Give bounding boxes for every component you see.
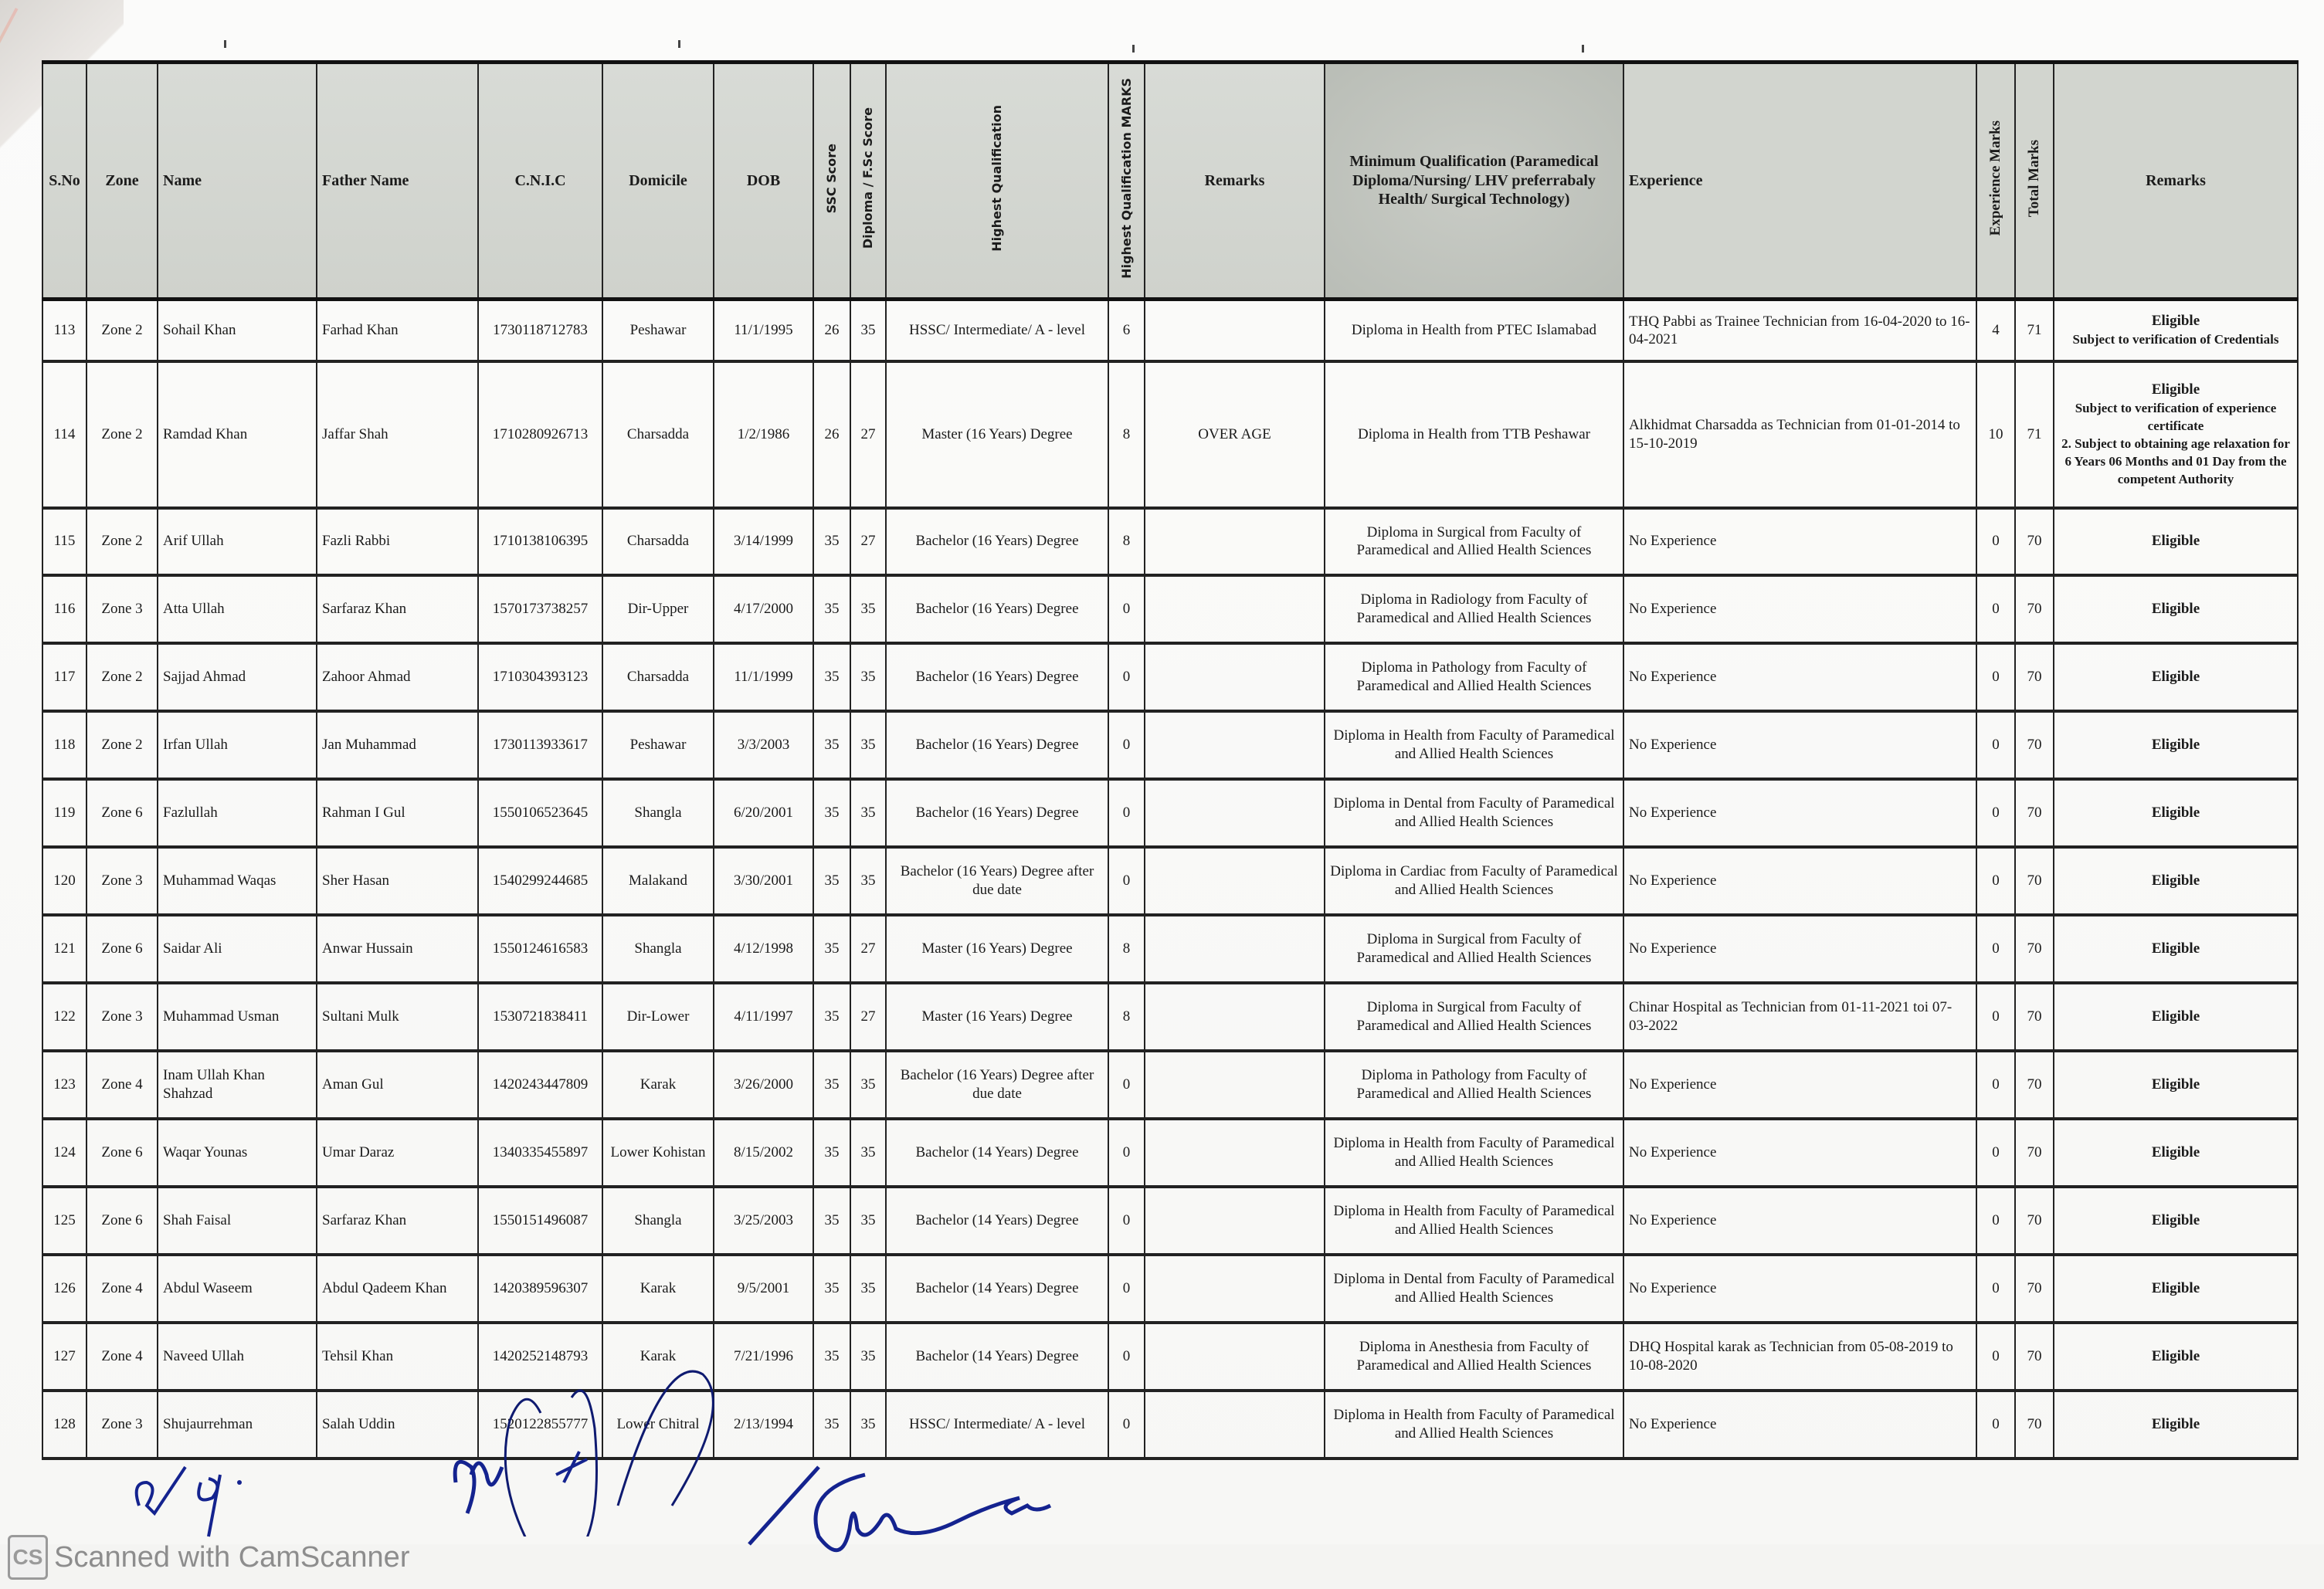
col-header-sno: S.No xyxy=(42,63,87,300)
cell-domicile: Karak xyxy=(602,1255,714,1323)
cell-father-name: Sarfaraz Khan xyxy=(317,1187,478,1255)
signature-1 xyxy=(124,1452,371,1544)
cell-domicile: Shangla xyxy=(602,1187,714,1255)
cell-experience: No Experience xyxy=(1623,779,1976,847)
cell-ssc-score: 35 xyxy=(813,915,850,983)
remark-line: Eligible xyxy=(2059,600,2292,618)
cell-zone: Zone 2 xyxy=(87,711,158,779)
cell-experience-marks: 0 xyxy=(1976,1187,2015,1255)
cell-highest-qualification: Bachelor (14 Years) Degree xyxy=(886,1187,1108,1255)
cell-experience-marks: 0 xyxy=(1976,779,2015,847)
cell-minimum-qualification: Diploma in Health from Faculty of Parame… xyxy=(1325,1119,1623,1187)
cell-final-remarks: Eligible xyxy=(2054,983,2298,1051)
cell-final-remarks: Eligible xyxy=(2054,643,2298,711)
cell-minimum-qualification: Diploma in Health from Faculty of Parame… xyxy=(1325,1187,1623,1255)
cell-remarks xyxy=(1145,1119,1325,1187)
cell-experience-marks: 0 xyxy=(1976,1391,2015,1459)
cell-minimum-qualification: Diploma in Pathology from Faculty of Par… xyxy=(1325,643,1623,711)
cell-highest-qualification: Master (16 Years) Degree xyxy=(886,915,1108,983)
col-header-diploma-score: Diploma / F.Sc Score xyxy=(850,63,886,300)
scan-speck xyxy=(224,40,226,48)
cell-diploma-score: 27 xyxy=(850,508,886,575)
cell-total-marks: 70 xyxy=(2015,643,2054,711)
cell-experience: Alkhidmat Charsadda as Technician from 0… xyxy=(1623,361,1976,508)
cell-remarks xyxy=(1145,300,1325,361)
cell-domicile: Malakand xyxy=(602,847,714,915)
cell-zone: Zone 2 xyxy=(87,508,158,575)
signature-3 xyxy=(734,1452,1166,1560)
cell-sno: 128 xyxy=(42,1391,87,1459)
cell-name: Naveed Ullah xyxy=(158,1323,317,1391)
cell-final-remarks: Eligible xyxy=(2054,1255,2298,1323)
cell-zone: Zone 3 xyxy=(87,983,158,1051)
cell-highest-qualification: Bachelor (16 Years) Degree after due dat… xyxy=(886,1051,1108,1119)
cell-name: Muhammad Usman xyxy=(158,983,317,1051)
cell-experience: No Experience xyxy=(1623,847,1976,915)
remark-line: Eligible xyxy=(2059,380,2292,400)
cell-minimum-qualification: Diploma in Surgical from Faculty of Para… xyxy=(1325,915,1623,983)
cell-sno: 123 xyxy=(42,1051,87,1119)
cell-sno: 125 xyxy=(42,1187,87,1255)
cell-zone: Zone 2 xyxy=(87,361,158,508)
cell-experience-marks: 10 xyxy=(1976,361,2015,508)
cell-final-remarks: Eligible xyxy=(2054,1119,2298,1187)
cell-diploma-score: 35 xyxy=(850,300,886,361)
cell-total-marks: 70 xyxy=(2015,575,2054,643)
col-header-minimum-qualification: Minimum Qualification (Paramedical Diplo… xyxy=(1325,63,1623,300)
cell-highest-qualification: HSSC/ Intermediate/ A - level xyxy=(886,300,1108,361)
remark-line: Eligible xyxy=(2059,1143,2292,1161)
cell-father-name: Abdul Qadeem Khan xyxy=(317,1255,478,1323)
cell-diploma-score: 27 xyxy=(850,915,886,983)
cell-hq-marks: 0 xyxy=(1108,1051,1145,1119)
cell-ssc-score: 26 xyxy=(813,300,850,361)
cell-hq-marks: 0 xyxy=(1108,1255,1145,1323)
cell-sno: 127 xyxy=(42,1323,87,1391)
cell-total-marks: 70 xyxy=(2015,1391,2054,1459)
cell-diploma-score: 35 xyxy=(850,1255,886,1323)
cell-remarks xyxy=(1145,643,1325,711)
cell-remarks xyxy=(1145,1051,1325,1119)
cell-domicile: Peshawar xyxy=(602,300,714,361)
table-row: 123 Zone 4 Inam Ullah Khan Shahzad Aman … xyxy=(42,1051,2298,1119)
cell-experience: Chinar Hospital as Technician from 01-11… xyxy=(1623,983,1976,1051)
cell-minimum-qualification: Diploma in Dental from Faculty of Parame… xyxy=(1325,1255,1623,1323)
col-header-experience-marks: Experience Marks xyxy=(1976,63,2015,300)
cell-cnic: 1710304393123 xyxy=(478,643,602,711)
cell-dob: 3/26/2000 xyxy=(714,1051,813,1119)
cell-highest-qualification: Bachelor (16 Years) Degree xyxy=(886,643,1108,711)
cell-domicile: Shangla xyxy=(602,779,714,847)
cell-cnic: 1550151496087 xyxy=(478,1187,602,1255)
cell-zone: Zone 4 xyxy=(87,1255,158,1323)
table-row: 127 Zone 4 Naveed Ullah Tehsil Khan 1420… xyxy=(42,1323,2298,1391)
cell-zone: Zone 6 xyxy=(87,1187,158,1255)
cell-hq-marks: 8 xyxy=(1108,361,1145,508)
cell-final-remarks: Eligible xyxy=(2054,779,2298,847)
cell-father-name: Sher Hasan xyxy=(317,847,478,915)
cell-highest-qualification: Master (16 Years) Degree xyxy=(886,361,1108,508)
cell-hq-marks: 0 xyxy=(1108,643,1145,711)
cell-total-marks: 71 xyxy=(2015,300,2054,361)
cell-dob: 4/17/2000 xyxy=(714,575,813,643)
cell-name: Irfan Ullah xyxy=(158,711,317,779)
col-header-domicile: Domicile xyxy=(602,63,714,300)
cell-diploma-score: 35 xyxy=(850,847,886,915)
remark-line: Eligible xyxy=(2059,1415,2292,1433)
cell-sno: 115 xyxy=(42,508,87,575)
cell-diploma-score: 35 xyxy=(850,575,886,643)
cell-remarks xyxy=(1145,711,1325,779)
cell-zone: Zone 4 xyxy=(87,1051,158,1119)
table-row: 113 Zone 2 Sohail Khan Farhad Khan 17301… xyxy=(42,300,2298,361)
cell-experience: No Experience xyxy=(1623,575,1976,643)
cell-experience: No Experience xyxy=(1623,1255,1976,1323)
cell-total-marks: 70 xyxy=(2015,1255,2054,1323)
scan-speck xyxy=(1132,45,1135,53)
table-row: 117 Zone 2 Sajjad Ahmad Zahoor Ahmad 171… xyxy=(42,643,2298,711)
cell-name: Arif Ullah xyxy=(158,508,317,575)
cell-final-remarks: Eligible xyxy=(2054,1391,2298,1459)
cell-sno: 117 xyxy=(42,643,87,711)
cell-hq-marks: 0 xyxy=(1108,1187,1145,1255)
cell-dob: 6/20/2001 xyxy=(714,779,813,847)
col-header-remarks: Remarks xyxy=(1145,63,1325,300)
cell-hq-marks: 0 xyxy=(1108,711,1145,779)
cell-cnic: 1340335455897 xyxy=(478,1119,602,1187)
camscanner-text: Scanned with CamScanner xyxy=(54,1541,409,1574)
cell-experience: No Experience xyxy=(1623,643,1976,711)
cell-name: Abdul Waseem xyxy=(158,1255,317,1323)
cell-experience: No Experience xyxy=(1623,508,1976,575)
cell-total-marks: 70 xyxy=(2015,711,2054,779)
cell-remarks xyxy=(1145,508,1325,575)
cell-dob: 11/1/1995 xyxy=(714,300,813,361)
cell-experience-marks: 0 xyxy=(1976,711,2015,779)
cell-experience-marks: 0 xyxy=(1976,1255,2015,1323)
cell-experience: No Experience xyxy=(1623,1051,1976,1119)
cell-minimum-qualification: Diploma in Surgical from Faculty of Para… xyxy=(1325,983,1623,1051)
cell-diploma-score: 27 xyxy=(850,983,886,1051)
cell-total-marks: 71 xyxy=(2015,361,2054,508)
cell-highest-qualification: Master (16 Years) Degree xyxy=(886,983,1108,1051)
camscanner-logo-icon: CS xyxy=(8,1535,48,1580)
cell-minimum-qualification: Diploma in Anesthesia from Faculty of Pa… xyxy=(1325,1323,1623,1391)
table-row: 121 Zone 6 Saidar Ali Anwar Hussain 1550… xyxy=(42,915,2298,983)
cell-ssc-score: 35 xyxy=(813,847,850,915)
cell-total-marks: 70 xyxy=(2015,1187,2054,1255)
cell-dob: 3/30/2001 xyxy=(714,847,813,915)
cell-domicile: Charsadda xyxy=(602,643,714,711)
cell-diploma-score: 35 xyxy=(850,1051,886,1119)
cell-dob: 4/11/1997 xyxy=(714,983,813,1051)
cell-zone: Zone 2 xyxy=(87,643,158,711)
cell-total-marks: 70 xyxy=(2015,1323,2054,1391)
col-header-highest-qualification: Highest Qualification xyxy=(886,63,1108,300)
cell-ssc-score: 35 xyxy=(813,643,850,711)
cell-hq-marks: 0 xyxy=(1108,575,1145,643)
candidates-merit-table: S.No Zone Name Father Name C.N.I.C Domic… xyxy=(42,60,2299,1460)
cell-zone: Zone 6 xyxy=(87,1119,158,1187)
cell-experience-marks: 0 xyxy=(1976,643,2015,711)
cell-name: Sajjad Ahmad xyxy=(158,643,317,711)
cell-ssc-score: 35 xyxy=(813,1187,850,1255)
cell-ssc-score: 26 xyxy=(813,361,850,508)
remark-line: 2. Subject to obtaining age relaxation f… xyxy=(2059,435,2292,489)
cell-highest-qualification: Bachelor (16 Years) Degree xyxy=(886,779,1108,847)
cell-final-remarks: EligibleSubject to verification of exper… xyxy=(2054,361,2298,508)
col-header-ssc-score: SSC Score xyxy=(813,63,850,300)
remark-line: Eligible xyxy=(2059,1076,2292,1093)
cell-hq-marks: 0 xyxy=(1108,779,1145,847)
cell-dob: 3/14/1999 xyxy=(714,508,813,575)
cell-cnic: 1710280926713 xyxy=(478,361,602,508)
cell-sno: 126 xyxy=(42,1255,87,1323)
remark-line: Eligible xyxy=(2059,1211,2292,1229)
cell-final-remarks: Eligible xyxy=(2054,847,2298,915)
cell-father-name: Jan Muhammad xyxy=(317,711,478,779)
cell-father-name: Fazli Rabbi xyxy=(317,508,478,575)
camscanner-watermark: CS Scanned with CamScanner xyxy=(8,1535,409,1580)
table-row: 116 Zone 3 Atta Ullah Sarfaraz Khan 1570… xyxy=(42,575,2298,643)
cell-minimum-qualification: Diploma in Dental from Faculty of Parame… xyxy=(1325,779,1623,847)
cell-sno: 116 xyxy=(42,575,87,643)
cell-experience-marks: 0 xyxy=(1976,508,2015,575)
cell-zone: Zone 3 xyxy=(87,847,158,915)
cell-experience-marks: 0 xyxy=(1976,1051,2015,1119)
cell-ssc-score: 35 xyxy=(813,508,850,575)
cell-sno: 113 xyxy=(42,300,87,361)
cell-minimum-qualification: Diploma in Health from Faculty of Parame… xyxy=(1325,711,1623,779)
cell-zone: Zone 3 xyxy=(87,1391,158,1459)
cell-dob: 9/5/2001 xyxy=(714,1255,813,1323)
cell-father-name: Sarfaraz Khan xyxy=(317,575,478,643)
table-row: 128 Zone 3 Shujaurrehman Salah Uddin 152… xyxy=(42,1391,2298,1459)
cell-hq-marks: 8 xyxy=(1108,508,1145,575)
cell-minimum-qualification: Diploma in Health from PTEC Islamabad xyxy=(1325,300,1623,361)
cell-hq-marks: 8 xyxy=(1108,983,1145,1051)
cell-experience-marks: 0 xyxy=(1976,575,2015,643)
cell-father-name: Anwar Hussain xyxy=(317,915,478,983)
remark-line: Eligible xyxy=(2059,804,2292,822)
cell-minimum-qualification: Diploma in Health from TTB Peshawar xyxy=(1325,361,1623,508)
cell-zone: Zone 3 xyxy=(87,575,158,643)
table-row: 120 Zone 3 Muhammad Waqas Sher Hasan 154… xyxy=(42,847,2298,915)
cell-total-marks: 70 xyxy=(2015,779,2054,847)
table-row: 124 Zone 6 Waqar Younas Umar Daraz 13403… xyxy=(42,1119,2298,1187)
cell-minimum-qualification: Diploma in Health from Faculty of Parame… xyxy=(1325,1391,1623,1459)
cell-total-marks: 70 xyxy=(2015,1051,2054,1119)
table-row: 114 Zone 2 Ramdad Khan Jaffar Shah 17102… xyxy=(42,361,2298,508)
cell-name: Sohail Khan xyxy=(158,300,317,361)
col-header-hq-marks: Highest Qualification MARKS xyxy=(1108,63,1145,300)
cell-remarks xyxy=(1145,983,1325,1051)
table-row: 126 Zone 4 Abdul Waseem Abdul Qadeem Kha… xyxy=(42,1255,2298,1323)
table-row: 119 Zone 6 Fazlullah Rahman I Gul 155010… xyxy=(42,779,2298,847)
cell-final-remarks: Eligible xyxy=(2054,1051,2298,1119)
col-header-father-name: Father Name xyxy=(317,63,478,300)
cell-domicile: Lower Kohistan xyxy=(602,1119,714,1187)
cell-dob: 4/12/1998 xyxy=(714,915,813,983)
cell-father-name: Umar Daraz xyxy=(317,1119,478,1187)
cell-cnic: 1550106523645 xyxy=(478,779,602,847)
cell-ssc-score: 35 xyxy=(813,779,850,847)
cell-experience: No Experience xyxy=(1623,1187,1976,1255)
table-row: 115 Zone 2 Arif Ullah Fazli Rabbi 171013… xyxy=(42,508,2298,575)
cell-minimum-qualification: Diploma in Surgical from Faculty of Para… xyxy=(1325,508,1623,575)
cell-zone: Zone 2 xyxy=(87,300,158,361)
cell-domicile: Charsadda xyxy=(602,361,714,508)
cell-father-name: Sultani Mulk xyxy=(317,983,478,1051)
table-header-row: S.No Zone Name Father Name C.N.I.C Domic… xyxy=(42,63,2298,300)
cell-father-name: Zahoor Ahmad xyxy=(317,643,478,711)
cell-cnic: 1550124616583 xyxy=(478,915,602,983)
cell-zone: Zone 4 xyxy=(87,1323,158,1391)
cell-minimum-qualification: Diploma in Radiology from Faculty of Par… xyxy=(1325,575,1623,643)
col-header-dob: DOB xyxy=(714,63,813,300)
cell-dob: 8/15/2002 xyxy=(714,1119,813,1187)
cell-highest-qualification: Bachelor (16 Years) Degree after due dat… xyxy=(886,847,1108,915)
table-row: 125 Zone 6 Shah Faisal Sarfaraz Khan 155… xyxy=(42,1187,2298,1255)
cell-highest-qualification: Bachelor (16 Years) Degree xyxy=(886,508,1108,575)
cell-highest-qualification: Bachelor (14 Years) Degree xyxy=(886,1255,1108,1323)
cell-experience: No Experience xyxy=(1623,711,1976,779)
col-header-total-marks: Total Marks xyxy=(2015,63,2054,300)
cell-sno: 121 xyxy=(42,915,87,983)
cell-name: Ramdad Khan xyxy=(158,361,317,508)
cell-final-remarks: Eligible xyxy=(2054,711,2298,779)
cell-name: Waqar Younas xyxy=(158,1119,317,1187)
cell-total-marks: 70 xyxy=(2015,915,2054,983)
cell-name: Shah Faisal xyxy=(158,1187,317,1255)
col-header-final-remarks: Remarks xyxy=(2054,63,2298,300)
remark-line: Subject to verification of Credentials xyxy=(2059,331,2292,349)
scan-speck xyxy=(1582,45,1584,53)
cell-father-name: Rahman I Gul xyxy=(317,779,478,847)
remark-line: Eligible xyxy=(2059,311,2292,331)
cell-remarks xyxy=(1145,915,1325,983)
table-row: 118 Zone 2 Irfan Ullah Jan Muhammad 1730… xyxy=(42,711,2298,779)
scan-speck xyxy=(678,40,680,48)
cell-diploma-score: 35 xyxy=(850,643,886,711)
table-row: 122 Zone 3 Muhammad Usman Sultani Mulk 1… xyxy=(42,983,2298,1051)
cell-sno: 119 xyxy=(42,779,87,847)
cell-sno: 114 xyxy=(42,361,87,508)
cell-experience-marks: 0 xyxy=(1976,847,2015,915)
table-body: 113 Zone 2 Sohail Khan Farhad Khan 17301… xyxy=(42,300,2298,1459)
cell-name: Shujaurrehman xyxy=(158,1391,317,1459)
remark-line: Eligible xyxy=(2059,736,2292,754)
remark-line: Eligible xyxy=(2059,872,2292,889)
cell-experience: THQ Pabbi as Trainee Technician from 16-… xyxy=(1623,300,1976,361)
cell-sno: 124 xyxy=(42,1119,87,1187)
cell-diploma-score: 35 xyxy=(850,711,886,779)
cell-ssc-score: 35 xyxy=(813,1051,850,1119)
cell-final-remarks: Eligible xyxy=(2054,1187,2298,1255)
cell-ssc-score: 35 xyxy=(813,1119,850,1187)
cell-total-marks: 70 xyxy=(2015,983,2054,1051)
cell-highest-qualification: Bachelor (16 Years) Degree xyxy=(886,711,1108,779)
cell-diploma-score: 35 xyxy=(850,1119,886,1187)
cell-experience: No Experience xyxy=(1623,915,1976,983)
cell-name: Saidar Ali xyxy=(158,915,317,983)
cell-cnic: 1540299244685 xyxy=(478,847,602,915)
cell-remarks: OVER AGE xyxy=(1145,361,1325,508)
col-header-name: Name xyxy=(158,63,317,300)
cell-remarks xyxy=(1145,1323,1325,1391)
cell-hq-marks: 6 xyxy=(1108,300,1145,361)
cell-zone: Zone 6 xyxy=(87,915,158,983)
remark-line: Eligible xyxy=(2059,1008,2292,1025)
cell-final-remarks: Eligible xyxy=(2054,508,2298,575)
cell-final-remarks: EligibleSubject to verification of Crede… xyxy=(2054,300,2298,361)
cell-remarks xyxy=(1145,779,1325,847)
cell-remarks xyxy=(1145,1391,1325,1459)
cell-dob: 11/1/1999 xyxy=(714,643,813,711)
cell-diploma-score: 35 xyxy=(850,1187,886,1255)
cell-final-remarks: Eligible xyxy=(2054,575,2298,643)
col-header-cnic: C.N.I.C xyxy=(478,63,602,300)
cell-minimum-qualification: Diploma in Cardiac from Faculty of Param… xyxy=(1325,847,1623,915)
cell-cnic: 1530721838411 xyxy=(478,983,602,1051)
cell-father-name: Aman Gul xyxy=(317,1051,478,1119)
cell-dob: 3/25/2003 xyxy=(714,1187,813,1255)
cell-experience-marks: 0 xyxy=(1976,1119,2015,1187)
cell-domicile: Peshawar xyxy=(602,711,714,779)
cell-final-remarks: Eligible xyxy=(2054,1323,2298,1391)
cell-domicile: Charsadda xyxy=(602,508,714,575)
cell-experience-marks: 0 xyxy=(1976,983,2015,1051)
cell-name: Atta Ullah xyxy=(158,575,317,643)
cell-domicile: Dir-Lower xyxy=(602,983,714,1051)
cell-name: Fazlullah xyxy=(158,779,317,847)
remark-line: Eligible xyxy=(2059,668,2292,686)
col-header-experience: Experience xyxy=(1623,63,1976,300)
cell-diploma-score: 27 xyxy=(850,361,886,508)
cell-dob: 3/3/2003 xyxy=(714,711,813,779)
cell-experience: DHQ Hospital karak as Technician from 05… xyxy=(1623,1323,1976,1391)
cell-hq-marks: 8 xyxy=(1108,915,1145,983)
cell-experience-marks: 0 xyxy=(1976,1323,2015,1391)
cell-ssc-score: 35 xyxy=(813,575,850,643)
cell-ssc-score: 35 xyxy=(813,983,850,1051)
cell-domicile: Dir-Upper xyxy=(602,575,714,643)
cell-diploma-score: 35 xyxy=(850,779,886,847)
scanned-page: S.No Zone Name Father Name C.N.I.C Domic… xyxy=(0,0,2324,1544)
cell-remarks xyxy=(1145,847,1325,915)
remark-line: Eligible xyxy=(2059,940,2292,957)
cell-domicile: Karak xyxy=(602,1051,714,1119)
cell-domicile: Shangla xyxy=(602,915,714,983)
cell-experience: No Experience xyxy=(1623,1119,1976,1187)
cell-father-name: Jaffar Shah xyxy=(317,361,478,508)
cell-total-marks: 70 xyxy=(2015,847,2054,915)
cell-highest-qualification: Bachelor (14 Years) Degree xyxy=(886,1119,1108,1187)
cell-experience-marks: 4 xyxy=(1976,300,2015,361)
cell-highest-qualification: Bachelor (16 Years) Degree xyxy=(886,575,1108,643)
cell-total-marks: 70 xyxy=(2015,1119,2054,1187)
col-header-zone: Zone xyxy=(87,63,158,300)
cell-dob: 1/2/1986 xyxy=(714,361,813,508)
remark-line: Subject to verification of experience ce… xyxy=(2059,400,2292,435)
remark-line: Eligible xyxy=(2059,1347,2292,1365)
cell-sno: 118 xyxy=(42,711,87,779)
cell-hq-marks: 0 xyxy=(1108,847,1145,915)
cell-ssc-score: 35 xyxy=(813,1255,850,1323)
cell-minimum-qualification: Diploma in Pathology from Faculty of Par… xyxy=(1325,1051,1623,1119)
cell-remarks xyxy=(1145,1255,1325,1323)
cell-cnic: 1420389596307 xyxy=(478,1255,602,1323)
